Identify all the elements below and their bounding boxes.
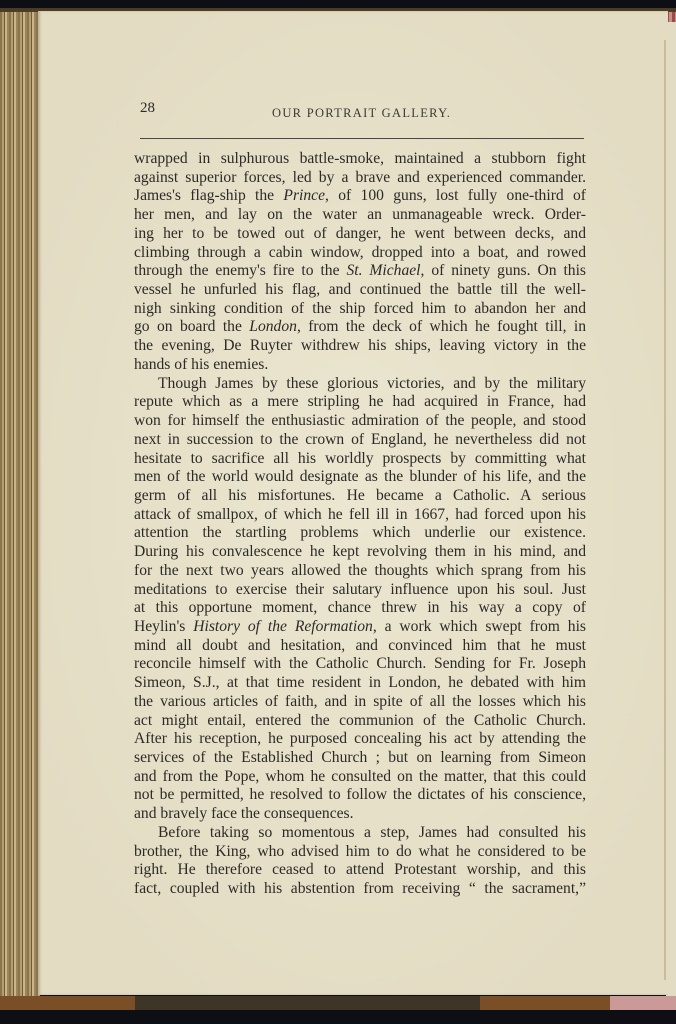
text-line: Heylin's History of the Reformation, a w…: [134, 618, 586, 637]
text-line: James's flag-ship the Prince, of 100 gun…: [134, 187, 586, 206]
text-line: act might entail, entered the communion …: [134, 712, 586, 731]
italic-title: Prince: [283, 187, 325, 204]
text-line: vessel he unfurled his flag, and continu…: [134, 281, 586, 300]
text-line: After his reception, he purposed conceal…: [134, 730, 586, 749]
text-line: Before taking so momentous a step, James…: [134, 824, 586, 843]
text-line: germ of all his misfortunes. He became a…: [134, 487, 586, 506]
text-line: reconcile himself with the Catholic Chur…: [134, 655, 586, 674]
page-fold-line: [664, 40, 666, 980]
text-line: repute which as a mere stripling he had …: [134, 393, 586, 412]
text-line: attention the startling problems which u…: [134, 524, 586, 543]
text-line: nigh sinking condition of the ship force…: [134, 300, 586, 319]
text-line: next in succession to the crown of Engla…: [134, 431, 586, 450]
header-rule: [140, 138, 584, 139]
text-line: brother, the King, who advised him to do…: [134, 843, 586, 862]
text-line: men of the world would designate as the …: [134, 468, 586, 487]
text-line: Though James by these glorious victories…: [134, 375, 586, 394]
text-line: meditations to exercise their salutary i…: [134, 581, 586, 600]
text-line: right. He therefore ceased to attend Pro…: [134, 861, 586, 880]
text-line: hands of his enemies.: [134, 356, 586, 375]
italic-title: History of the Reformation: [193, 618, 373, 635]
text-line: wrapped in sulphurous battle-smoke, main…: [134, 150, 586, 169]
text-line: won for himself the enthusiastic admirat…: [134, 412, 586, 431]
text-line: Simeon, S.J., at that time resident in L…: [134, 674, 586, 693]
italic-title: London: [249, 318, 297, 335]
book-cover-bottom-edge: [0, 996, 676, 1010]
text-line: go on board the London, from the deck of…: [134, 318, 586, 337]
text-line: fact, coupled with his abstention from r…: [134, 880, 586, 899]
text-line: services of the Established Church ; but…: [134, 749, 586, 768]
text-line: through the enemy's fire to the St. Mich…: [134, 262, 586, 281]
text-line: ing her to be towed out of danger, he we…: [134, 225, 586, 244]
text-line: and bravely face the consequences.: [134, 805, 586, 824]
running-head: 28 OUR PORTRAIT GALLERY.: [140, 100, 585, 124]
text-line: not be permitted, he resolved to follow …: [134, 786, 586, 805]
running-title: OUR PORTRAIT GALLERY.: [272, 106, 451, 121]
text-line: and from the Pope, whom he consulted on …: [134, 768, 586, 787]
text-line: During his convalescence he kept revolvi…: [134, 543, 586, 562]
text-line: climbing through a cabin window, dropped…: [134, 244, 586, 263]
text-line: the evening, De Ruyter withdrew his ship…: [134, 337, 586, 356]
body-text: wrapped in sulphurous battle-smoke, main…: [134, 150, 586, 899]
text-line: mind all doubt and hesitation, and convi…: [134, 637, 586, 656]
text-line: the various articles of faith, and in sp…: [134, 693, 586, 712]
page-stack-edge: [0, 12, 40, 998]
italic-title: St. Michael: [346, 262, 420, 279]
text-line: her men, and lay on the water an unmanag…: [134, 206, 586, 225]
text-line: for the next two years allowed the thoug…: [134, 562, 586, 581]
text-line: against superior forces, led by a brave …: [134, 169, 586, 188]
text-line: hesitate to sacrifice all his worldly pr…: [134, 450, 586, 469]
text-line: at this opportune moment, chance threw i…: [134, 599, 586, 618]
page-number: 28: [140, 100, 155, 117]
text-line: attack of smallpox, of which he fell ill…: [134, 506, 586, 525]
